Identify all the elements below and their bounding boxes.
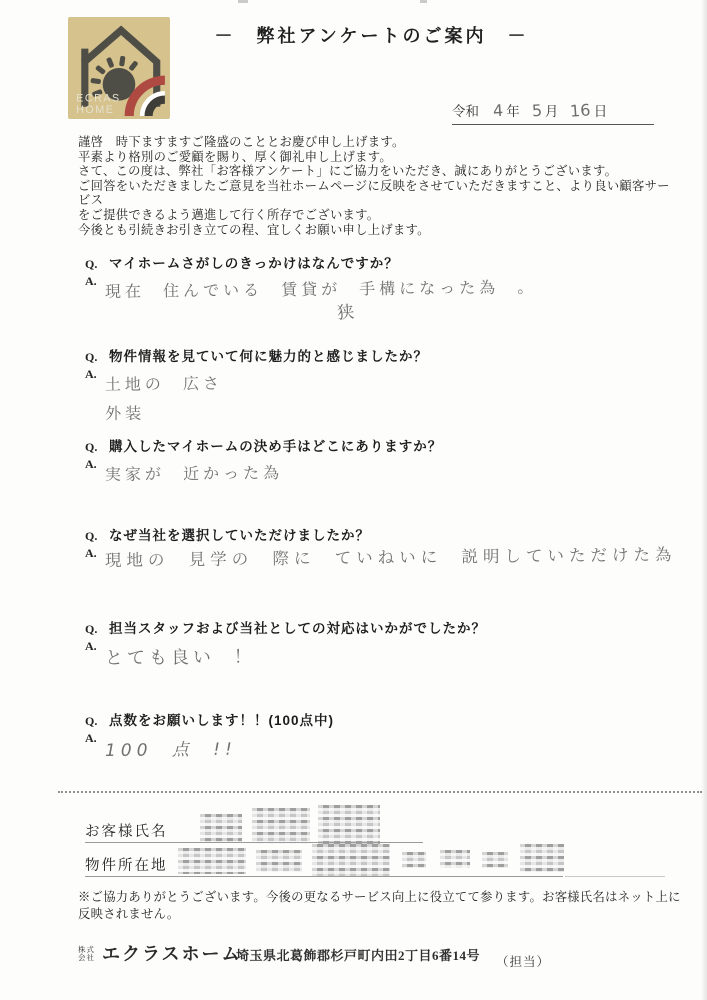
- date-line: 令和 4 年 5 月 16 日: [452, 100, 654, 125]
- greeting-text: 謹啓 時下ますますご隆盛のこととお慶び申し上げます。 平素より格別のご愛顧を賜り…: [78, 135, 678, 237]
- scan-noise: [238, 0, 248, 3]
- page-title: － 弊社アンケートのご案内 －: [0, 22, 707, 48]
- redacted-property-location: [178, 848, 246, 874]
- day-unit: 日: [594, 100, 608, 120]
- question-text: 物件情報を見ていて何に魅力的と感じましたか？: [109, 345, 428, 365]
- greeting-line: 平素より格別のご愛顧を賜り、厚く御礼申し上げます。: [78, 150, 678, 165]
- handwritten-day: 16: [570, 100, 592, 120]
- q-label: Q.: [85, 622, 105, 637]
- a-label: A.: [85, 367, 105, 382]
- question-text: 購入したマイホームの決め手はどこにありますか？: [109, 435, 442, 455]
- month-unit: 月: [545, 100, 559, 120]
- company-address: 埼玉県北葛飾郡杉戸町内田2丁目6番14号: [236, 945, 480, 964]
- question-text: なぜ当社を選択していただけましたか？: [109, 524, 370, 544]
- handwritten-answer: 現地の 見学の 際に ていねいに 説明していただけた為: [105, 541, 685, 577]
- redacted-property-location: [440, 850, 470, 868]
- redacted-customer-name: [252, 808, 310, 844]
- customer-name-line: [85, 842, 423, 843]
- redacted-property-location: [482, 852, 508, 868]
- q-label: Q.: [85, 257, 105, 272]
- greeting-line: 今後とも引続きお引き立ての程、宜しくお願い申し上げます。: [78, 223, 678, 238]
- survey-document-page: ECRAS HOME － 弊社アンケートのご案内 － 令和 4 年 5 月 16…: [0, 0, 707, 1000]
- property-location-line-faint: [565, 876, 665, 877]
- a-label: A.: [85, 274, 105, 289]
- question-block-1: Q. マイホームさがしのきっかけはなんですか？ A. 現在 住んでいる 賃貸が …: [85, 252, 685, 289]
- question-text: マイホームさがしのきっかけはなんですか？: [109, 252, 399, 272]
- logo-text-line1: ECRAS: [76, 93, 121, 105]
- company-info-row: 株式 会社 エクラスホーム 埼玉県北葛飾郡杉戸町内田2丁目6番14号 （担当）: [78, 940, 698, 976]
- handwritten-month: 5: [531, 101, 542, 121]
- handwritten-year: 4: [492, 101, 503, 121]
- footer-note: ※ご協力ありがとうございます。今後の更なるサービス向上に役立てて参ります。お客様…: [78, 889, 690, 922]
- question-block-5: Q. 担当スタッフおよび当社としての対応はいかがでしたか？ A. とても良い ！: [85, 617, 685, 654]
- era-label: 令和: [452, 100, 479, 120]
- customer-name-label: お客様氏名: [85, 820, 168, 841]
- logo-text-line2: HOME: [76, 104, 114, 116]
- q-label: Q.: [85, 350, 105, 365]
- greeting-line: さて、この度は、弊社「お客様アンケート」にご協力をいただき、誠にありがとうござい…: [78, 164, 678, 179]
- property-location-label: 物件所在地: [85, 854, 168, 875]
- greeting-line: をご提供できるよう邁進して行く所存でございます。: [78, 208, 678, 223]
- question-text: 点数をお願いします！！(100点中): [109, 709, 334, 729]
- redacted-property-location: [520, 844, 564, 872]
- greeting-line: 謹啓 時下ますますご隆盛のこととお慶び申し上げます。: [78, 135, 678, 150]
- greeting-line: ご回答をいただきましたご意見を当社ホームページに反映をさせていただきますこと、よ…: [78, 179, 678, 208]
- company-prefix: 株式 会社: [78, 946, 95, 962]
- question-text: 担当スタッフおよび当社としての対応はいかがでしたか？: [109, 617, 486, 637]
- redacted-customer-name: [318, 805, 380, 845]
- question-block-3: Q. 購入したマイホームの決め手はどこにありますか？ A. 実家が 近かった為: [85, 435, 685, 472]
- handwritten-answer: 100 点 !!: [105, 730, 685, 767]
- redacted-property-location: [312, 844, 390, 876]
- question-block-4: Q. なぜ当社を選択していただけましたか？ A. 現地の 見学の 際に ていねい…: [85, 524, 685, 561]
- year-unit: 年: [506, 100, 520, 120]
- redacted-property-location: [402, 852, 426, 868]
- handwritten-answer: 現在 住んでいる 賃貸が 手構になった為 。: [105, 273, 685, 308]
- company-name: エクラスホーム: [102, 940, 241, 966]
- scan-edge-shadow: [701, 0, 707, 1000]
- handwritten-answer: 実家が 近かった為: [105, 456, 685, 491]
- handwritten-answer: 土地の 広さ 外装: [105, 366, 686, 430]
- a-label: A.: [85, 639, 105, 654]
- question-block-2: Q. 物件情報を見ていて何に魅力的と感じましたか？ A. 土地の 広さ 外装: [85, 345, 685, 382]
- handwritten-answer: とても良い ！: [105, 638, 685, 676]
- redacted-property-location: [256, 850, 302, 872]
- q-label: Q.: [85, 529, 105, 544]
- a-label: A.: [85, 457, 105, 472]
- scan-noise: [420, 0, 427, 3]
- dotted-separator: [58, 791, 702, 793]
- a-label: A.: [85, 731, 105, 746]
- a-label: A.: [85, 546, 105, 561]
- handwritten-correction: 狭: [336, 297, 355, 323]
- redacted-customer-name: [200, 814, 242, 842]
- property-location-line: [85, 876, 563, 877]
- question-block-6: Q. 点数をお願いします！！(100点中) A. 100 点 !!: [85, 709, 685, 746]
- contact-person-label: （担当）: [496, 952, 550, 970]
- q-label: Q.: [85, 714, 105, 729]
- q-label: Q.: [85, 440, 105, 455]
